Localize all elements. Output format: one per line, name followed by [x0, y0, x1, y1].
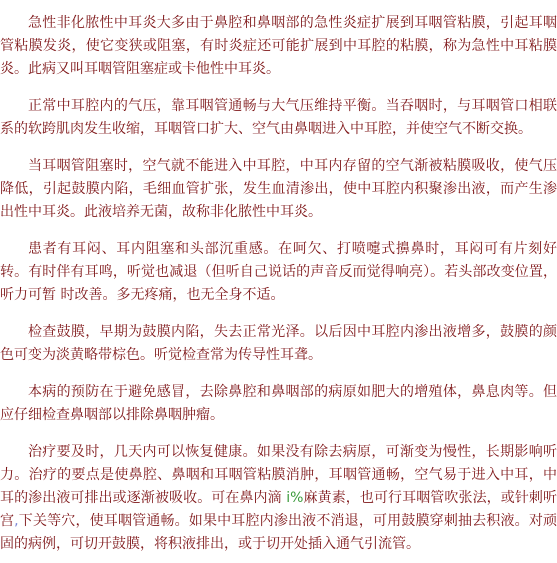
paragraph: 本病的预防在于避免感冒，去除鼻腔和鼻咽部的病原如肥大的增殖体，鼻息肉等。但应仔细…	[0, 381, 557, 427]
text-run: 当耳咽管阻塞时，空气就不能进入中耳腔，中耳内存留的空气渐被粘膜吸收，使气压降低，…	[0, 158, 557, 220]
text-run: 正常中耳腔内的气压，靠耳咽管通畅与大气压维持平衡。当吞咽时，与耳咽管口相联系的软…	[0, 98, 557, 137]
paragraph: 急性非化脓性中耳炎大多由于鼻腔和鼻咽部的急性炎症扩展到耳咽管粘膜，引起耳咽管粘膜…	[0, 12, 557, 81]
text-run: 患者有耳闷、耳内阻塞和头部沉重感。在呵欠、打喷嚏式擤鼻时，耳闷可有片刻好转。有时…	[0, 241, 557, 303]
paragraph: 患者有耳闷、耳内阻塞和头部沉重感。在呵欠、打喷嚏式擤鼻时，耳闷可有片刻好转。有时…	[0, 238, 557, 307]
text-run: 急性非化脓性中耳炎大多由于鼻腔和鼻咽部的急性炎症扩展到耳咽管粘膜，引起耳咽管粘膜…	[0, 15, 557, 77]
text-run: 本病的预防在于避免感冒，去除鼻腔和鼻咽部的病原如肥大的增殖体，鼻息肉等。但应仔细…	[0, 384, 557, 423]
paragraph: 正常中耳腔内的气压，靠耳咽管通畅与大气压维持平衡。当吞咽时，与耳咽管口相联系的软…	[0, 95, 557, 141]
document-body: 急性非化脓性中耳炎大多由于鼻腔和鼻咽部的急性炎症扩展到耳咽管粘膜，引起耳咽管粘膜…	[0, 0, 557, 556]
text-run: 下关等穴，使耳咽管通畅。如果中耳腔内渗出液不消退，可用鼓膜穿刺抽去积液。对顽固的…	[0, 513, 557, 552]
paragraph: 检查鼓膜，早期为鼓膜内陷，失去正常光泽。以后因中耳腔内渗出液增多，鼓膜的颜色可变…	[0, 321, 557, 367]
dosage-highlight: i%	[286, 490, 303, 506]
text-run: 检查鼓膜，早期为鼓膜内陷，失去正常光泽。以后因中耳腔内渗出液增多，鼓膜的颜色可变…	[0, 324, 557, 363]
paragraph: 治疗要及时，几天内可以恢复健康。如果没有除去病原，可渐变为慢性，长期影响听力。治…	[0, 441, 557, 556]
paragraph: 当耳咽管阻塞时，空气就不能进入中耳腔，中耳内存留的空气渐被粘膜吸收，使气压降低，…	[0, 155, 557, 224]
